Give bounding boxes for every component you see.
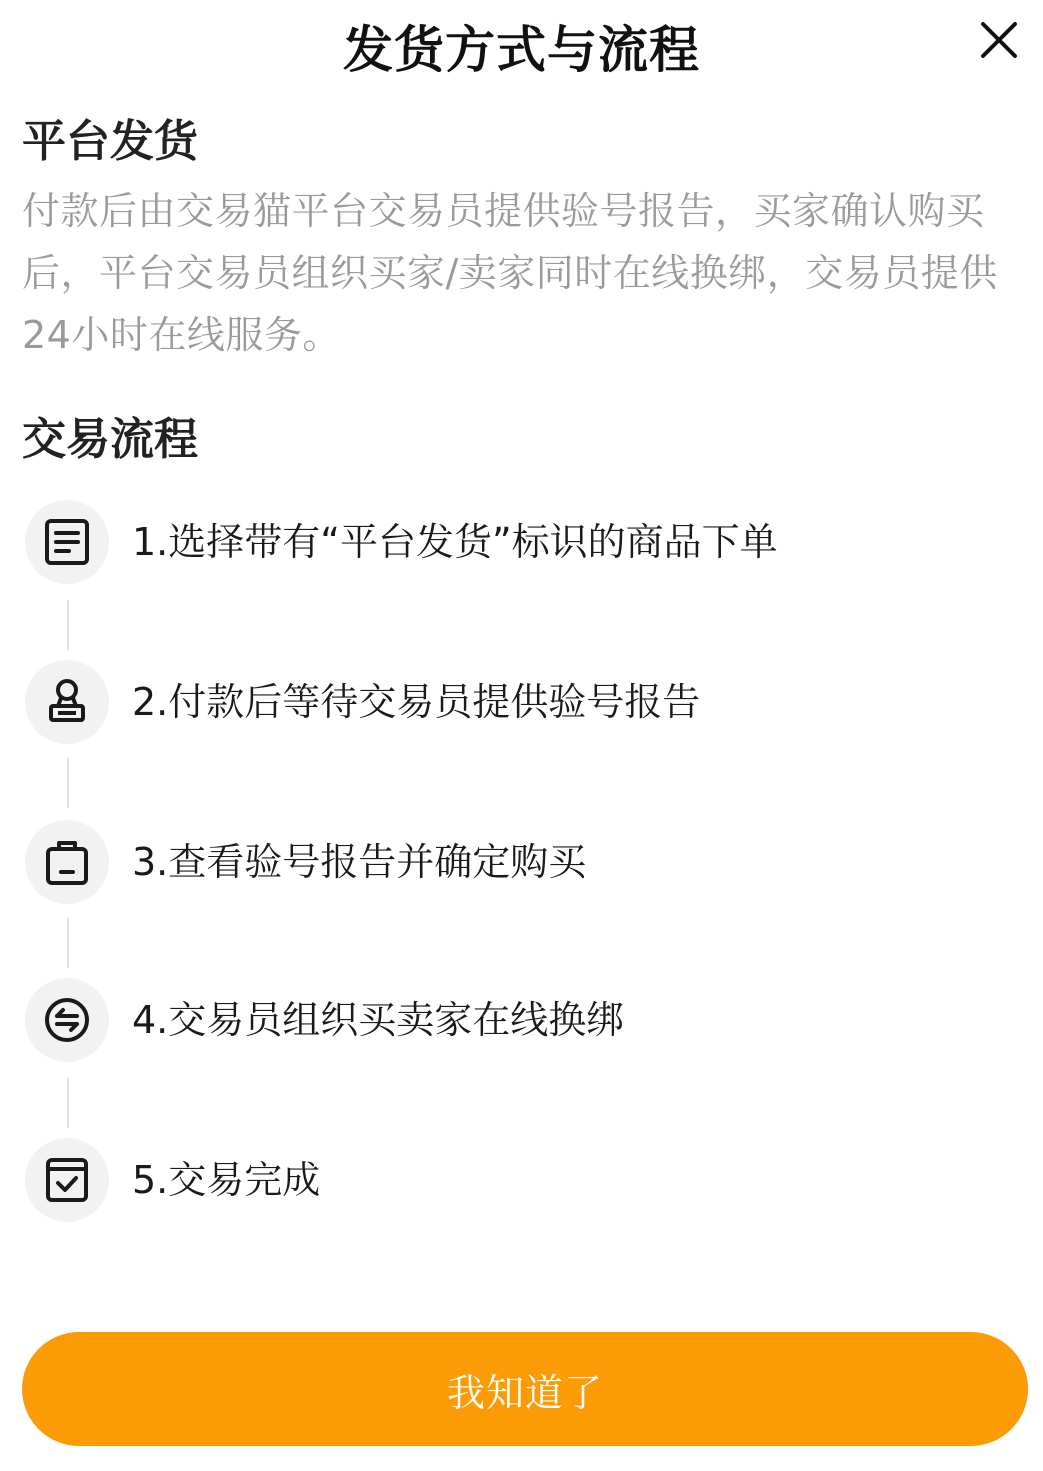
close-button[interactable] [977, 18, 1021, 62]
platform-shipping-description: 付款后由交易猫平台交易员提供验号报告，买家确认购买后，平台交易员组织买家/卖家同… [22, 180, 1032, 366]
step-connector [67, 918, 69, 968]
swap-circle-icon [41, 994, 93, 1046]
calendar-check-icon [41, 1154, 93, 1206]
step-3: 3.查看验号报告并确定购买 [0, 820, 1043, 910]
process-heading: 交易流程 [22, 410, 198, 470]
shopping-bag-icon [41, 836, 93, 888]
step-label: 3.查看验号报告并确定购买 [132, 832, 586, 892]
step-label: 4.交易员组织买卖家在线换绑 [132, 990, 624, 1050]
step-connector [67, 758, 69, 808]
close-icon [977, 18, 1021, 62]
step-label: 1.选择带有“平台发货”标识的商品下单 [132, 512, 778, 572]
step-5: 5.交易完成 [0, 1138, 1043, 1228]
step-1: 1.选择带有“平台发货”标识的商品下单 [0, 500, 1043, 590]
step-label: 5.交易完成 [132, 1150, 320, 1210]
step-4: 4.交易员组织买卖家在线换绑 [0, 978, 1043, 1068]
step-connector [67, 1078, 69, 1128]
step-connector [67, 600, 69, 650]
confirm-button[interactable]: 我知道了 [22, 1332, 1028, 1446]
page-title: 发货方式与流程 [0, 14, 1043, 86]
stamp-icon [41, 676, 93, 728]
step-2: 2.付款后等待交易员提供验号报告 [0, 660, 1043, 750]
document-list-icon [41, 516, 93, 568]
platform-shipping-heading: 平台发货 [22, 112, 198, 172]
step-label: 2.付款后等待交易员提供验号报告 [132, 672, 700, 732]
